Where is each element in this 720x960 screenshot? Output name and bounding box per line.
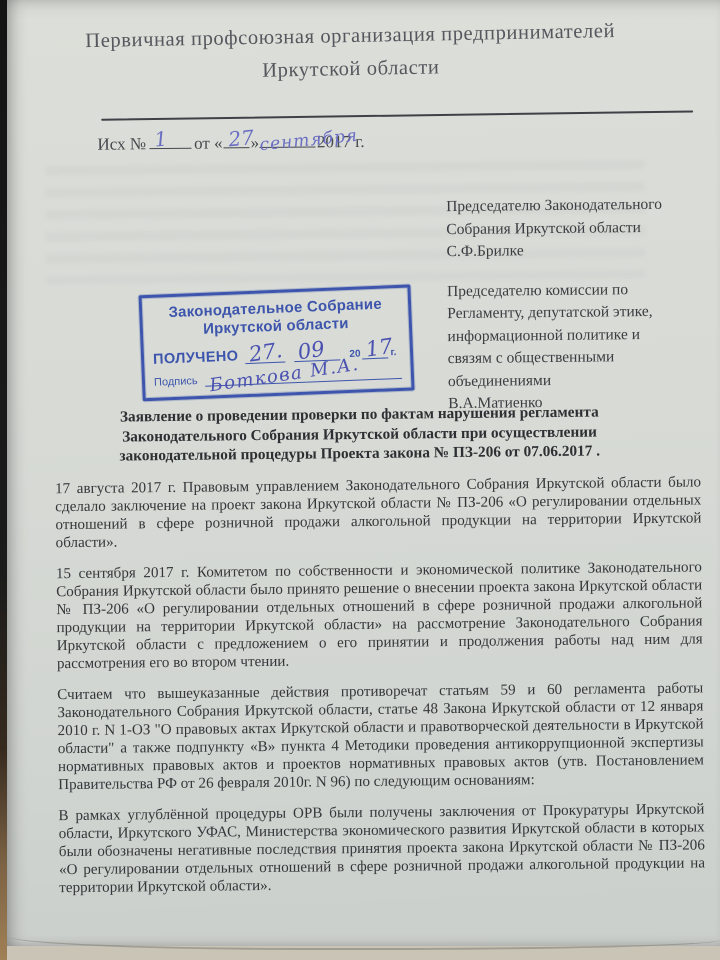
recipient2-line4: связям с общественными xyxy=(448,345,703,370)
paragraph-3: Считаем что вышеуказанные действия проти… xyxy=(57,679,704,794)
photo-edge-left xyxy=(0,0,7,960)
stamp-year-handwritten: 17 xyxy=(365,334,395,362)
recipient2-line3: информационной политике и xyxy=(447,323,702,348)
stamp-received-row: ПОЛУЧЕНО 27. 09 20 17 г. xyxy=(153,342,401,368)
recipient2-line2: Регламенту, депутатской этике, xyxy=(447,300,702,325)
stamp-day-blank: 27. xyxy=(245,350,285,365)
recipient2-line1: Председателю комиссии по xyxy=(447,278,702,303)
paragraph-1: 17 августа 2017 г. Правовым управлением … xyxy=(55,473,702,552)
stamp-signature-label: Подпись xyxy=(154,375,198,389)
paragraph-2: 15 сентября 2017 г. Комитетом по собстве… xyxy=(56,558,703,673)
recipient1-line2: Собрания Иркутской области xyxy=(446,216,701,241)
page-content: Первичная профсоюзная организация предпр… xyxy=(0,0,720,960)
ref-month-blank: сентября xyxy=(259,131,315,148)
recipient1-name: С.Ф.Брилке xyxy=(447,238,702,263)
stamp-organization: Законодательное Собрание Иркутской облас… xyxy=(151,295,400,341)
stamp-signature-blank: Боткова М.А. xyxy=(204,366,402,387)
recipient2-line5: объединениями xyxy=(448,368,703,393)
ref-day-blank: 27 xyxy=(223,132,249,148)
ref-number-handwritten: 1 xyxy=(153,127,168,152)
outgoing-reference-line: Исх №1от «27»сентября2017 г. xyxy=(97,131,364,155)
ref-day-handwritten: 27 xyxy=(227,125,255,151)
ref-from-label: от xyxy=(194,134,210,153)
stamp-signature-row: Подпись Боткова М.А. xyxy=(154,366,402,389)
recipient-block: Председателю Законодательного Собрания И… xyxy=(446,193,703,415)
stamp-year-blank: 17 xyxy=(362,345,389,359)
document-body: 17 августа 2017 г. Правовым управлением … xyxy=(55,473,705,910)
letterhead: Первичная профсоюзная организация предпр… xyxy=(25,14,676,92)
received-stamp: Законодательное Собрание Иркутской облас… xyxy=(139,284,415,401)
recipient1-line1: Председателю Законодательного xyxy=(446,193,701,218)
ref-number-blank: 1 xyxy=(149,133,191,149)
stamp-day-handwritten: 27. xyxy=(248,338,285,367)
document-photo: Первичная профсоюзная организация предпр… xyxy=(0,0,720,960)
ref-open-quote: « xyxy=(214,133,223,152)
letterhead-divider xyxy=(101,110,693,120)
document-title: Заявление о проведении проверки по факта… xyxy=(91,402,628,466)
stamp-received-label: ПОЛУЧЕНО xyxy=(153,348,239,367)
paragraph-4: В рамках углублённой процедуры ОРВ были … xyxy=(58,800,705,897)
ref-label: Исх № xyxy=(97,134,146,154)
